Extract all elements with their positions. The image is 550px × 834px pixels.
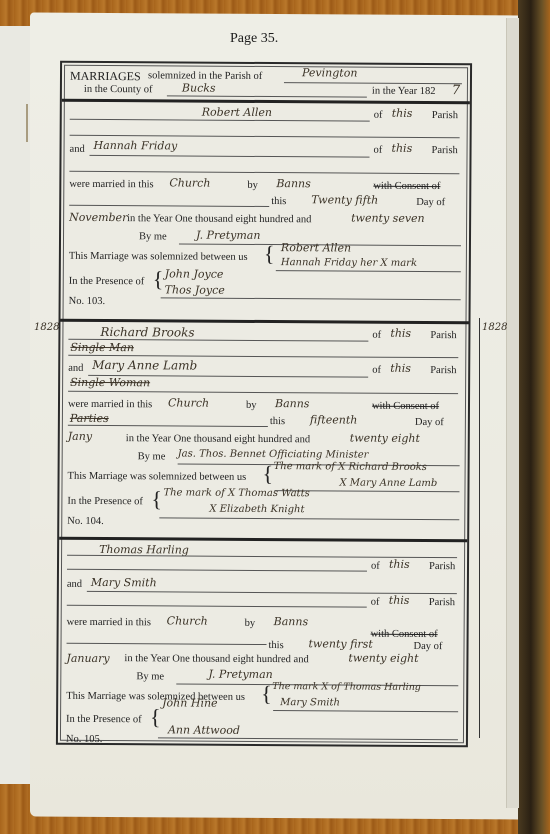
marriage-register-form: MARRIAGES solemnized in the Parish of Pe… — [56, 61, 472, 748]
groom-name: Robert Allen — [202, 106, 272, 119]
parish-name: Pevington — [302, 66, 357, 79]
page-stack-edge — [506, 18, 519, 808]
margin-year-left: 1828 — [34, 322, 59, 333]
page-number: Page 35. — [230, 31, 278, 47]
marriages-label: MARRIAGES — [70, 69, 141, 84]
left-page-edge — [0, 26, 31, 784]
bride-name: Hannah Friday — [94, 139, 178, 153]
right-margin-rule — [479, 318, 480, 738]
solemnized-text: solemnized in the Parish of — [148, 70, 262, 82]
officiant: J. Pretyman — [196, 229, 261, 242]
book-spine — [518, 0, 550, 834]
register-header: MARRIAGES solemnized in the Parish of Pe… — [62, 63, 470, 104]
county-name: Bucks — [182, 81, 216, 94]
county-label: in the County of — [84, 84, 153, 95]
year-digit: 7 — [452, 83, 460, 98]
entry-number: No. 103. — [69, 296, 106, 307]
year-label: in the Year 182 — [372, 86, 436, 97]
margin-year-right: 1828 — [482, 322, 507, 333]
binding-stitch — [26, 104, 28, 142]
